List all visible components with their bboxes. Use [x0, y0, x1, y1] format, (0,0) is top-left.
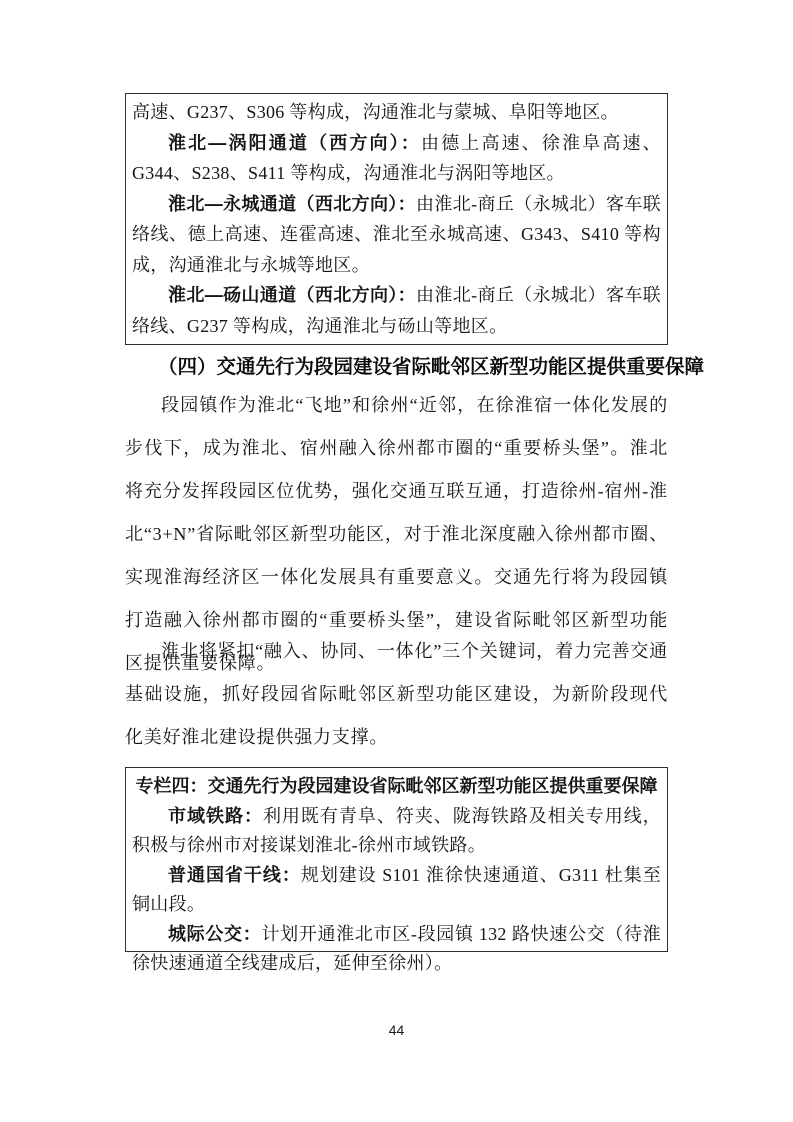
corridors-info-box: 高速、G237、S306 等构成，沟通淮北与蒙城、阜阳等地区。 淮北—涡阳通道（…: [125, 93, 668, 345]
section-heading: （四）交通先行为段园建设省际毗邻区新型功能区提供重要保障: [125, 351, 725, 379]
column-item-trunk-roads: 普通国省干线：规划建设 S101 淮徐快速通道、G311 杜集至铜山段。: [132, 861, 661, 920]
corridor-continuation-text: 高速、G237、S306 等构成，沟通淮北与蒙城、阜阳等地区。: [132, 97, 661, 128]
corridor-item-dangshan: 淮北—砀山通道（西北方向）：由淮北-商丘（永城北）客车联络线、G237 等构成，…: [132, 280, 661, 341]
corridor-item-woyang: 淮北—涡阳通道（西方向）：由德上高速、徐淮阜高速、G344、S238、S411 …: [132, 128, 661, 189]
column-item-label: 普通国省干线：: [168, 865, 301, 885]
corridor-label: 淮北—永城通道（西北方向）：: [168, 194, 416, 214]
column-item-intercity-bus: 城际公交：计划开通淮北市区-段园镇 132 路快速公交（待淮徐快速通道全线建成后…: [132, 920, 661, 979]
column-item-city-rail: 市域铁路：利用既有青阜、符夹、陇海铁路及相关专用线，积极与徐州市对接谋划淮北-徐…: [132, 802, 661, 861]
column-item-label: 城际公交：: [168, 924, 261, 944]
column-four-title: 专栏四：交通先行为段园建设省际毗邻区新型功能区提供重要保障: [132, 772, 661, 802]
corridor-item-yongcheng: 淮北—永城通道（西北方向）：由淮北-商丘（永城北）客车联络线、德上高速、连霍高速…: [132, 189, 661, 281]
corridor-continuation-line: 高速、G237、S306 等构成，沟通淮北与蒙城、阜阳等地区。: [132, 102, 619, 122]
document-page: 高速、G237、S306 等构成，沟通淮北与蒙城、阜阳等地区。 淮北—涡阳通道（…: [0, 0, 793, 1122]
corridor-label: 淮北—砀山通道（西北方向）：: [168, 285, 416, 305]
column-item-label: 市域铁路：: [168, 806, 263, 826]
body-paragraph-2: 淮北将紧扣“融入、协同、一体化”三个关键词，着力完善交通基础设施，抓好段园省际毗…: [125, 630, 668, 759]
column-four-box: 专栏四：交通先行为段园建设省际毗邻区新型功能区提供重要保障 市域铁路：利用既有青…: [125, 767, 668, 952]
page-number: 44: [0, 1022, 793, 1038]
corridor-label: 淮北—涡阳通道（西方向）：: [168, 133, 421, 153]
